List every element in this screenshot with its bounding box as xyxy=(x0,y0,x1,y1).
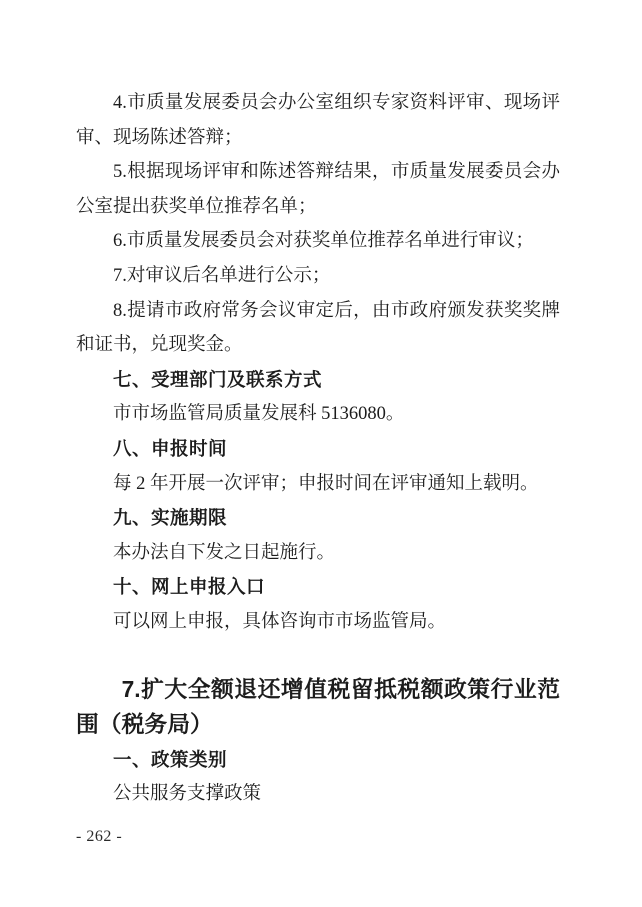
body-paragraph: 6.市质量发展委员会对获奖单位推荐名单进行审议； xyxy=(76,224,560,259)
body-paragraph: 本办法自下发之日起施行。 xyxy=(76,536,560,571)
body-paragraph: 8.提请市政府常务会议审定后，由市政府颁发获奖奖牌和证书，兑现奖金。 xyxy=(76,294,560,363)
body-paragraph: 7.对审议后名单进行公示； xyxy=(76,259,560,294)
section-heading-implementation-period: 九、实施期限 xyxy=(76,501,560,536)
body-paragraph: 公共服务支撑政策 xyxy=(76,777,560,812)
body-paragraph: 5.根据现场评审和陈述答辩结果，市质量发展委员会办公室提出获奖单位推荐名单； xyxy=(76,155,560,224)
section-heading-acceptance-dept: 七、受理部门及联系方式 xyxy=(76,363,560,398)
body-paragraph: 每 2 年开展一次评审；申报时间在评审通知上载明。 xyxy=(76,467,560,502)
section-heading-application-time: 八、申报时间 xyxy=(76,432,560,467)
section-heading-online-application: 十、网上申报入口 xyxy=(76,570,560,605)
page-number: - 262 - xyxy=(76,827,122,847)
section-heading-policy-category: 一、政策类别 xyxy=(76,743,560,778)
body-paragraph: 可以网上申报，具体咨询市市场监管局。 xyxy=(76,605,560,640)
body-paragraph: 市市场监管局质量发展科 5136080。 xyxy=(76,397,560,432)
document-page: 4.市质量发展委员会办公室组织专家资料评审、现场评审、现场陈述答辩； 5.根据现… xyxy=(0,0,642,907)
page-content: 4.市质量发展委员会办公室组织专家资料评审、现场评审、现场陈述答辩； 5.根据现… xyxy=(76,86,560,812)
body-paragraph: 4.市质量发展委员会办公室组织专家资料评审、现场评审、现场陈述答辩； xyxy=(76,86,560,155)
chapter-title-vat-refund-policy: 7.扩大全额退还增值税留抵税额政策行业范围（税务局） xyxy=(76,672,560,743)
